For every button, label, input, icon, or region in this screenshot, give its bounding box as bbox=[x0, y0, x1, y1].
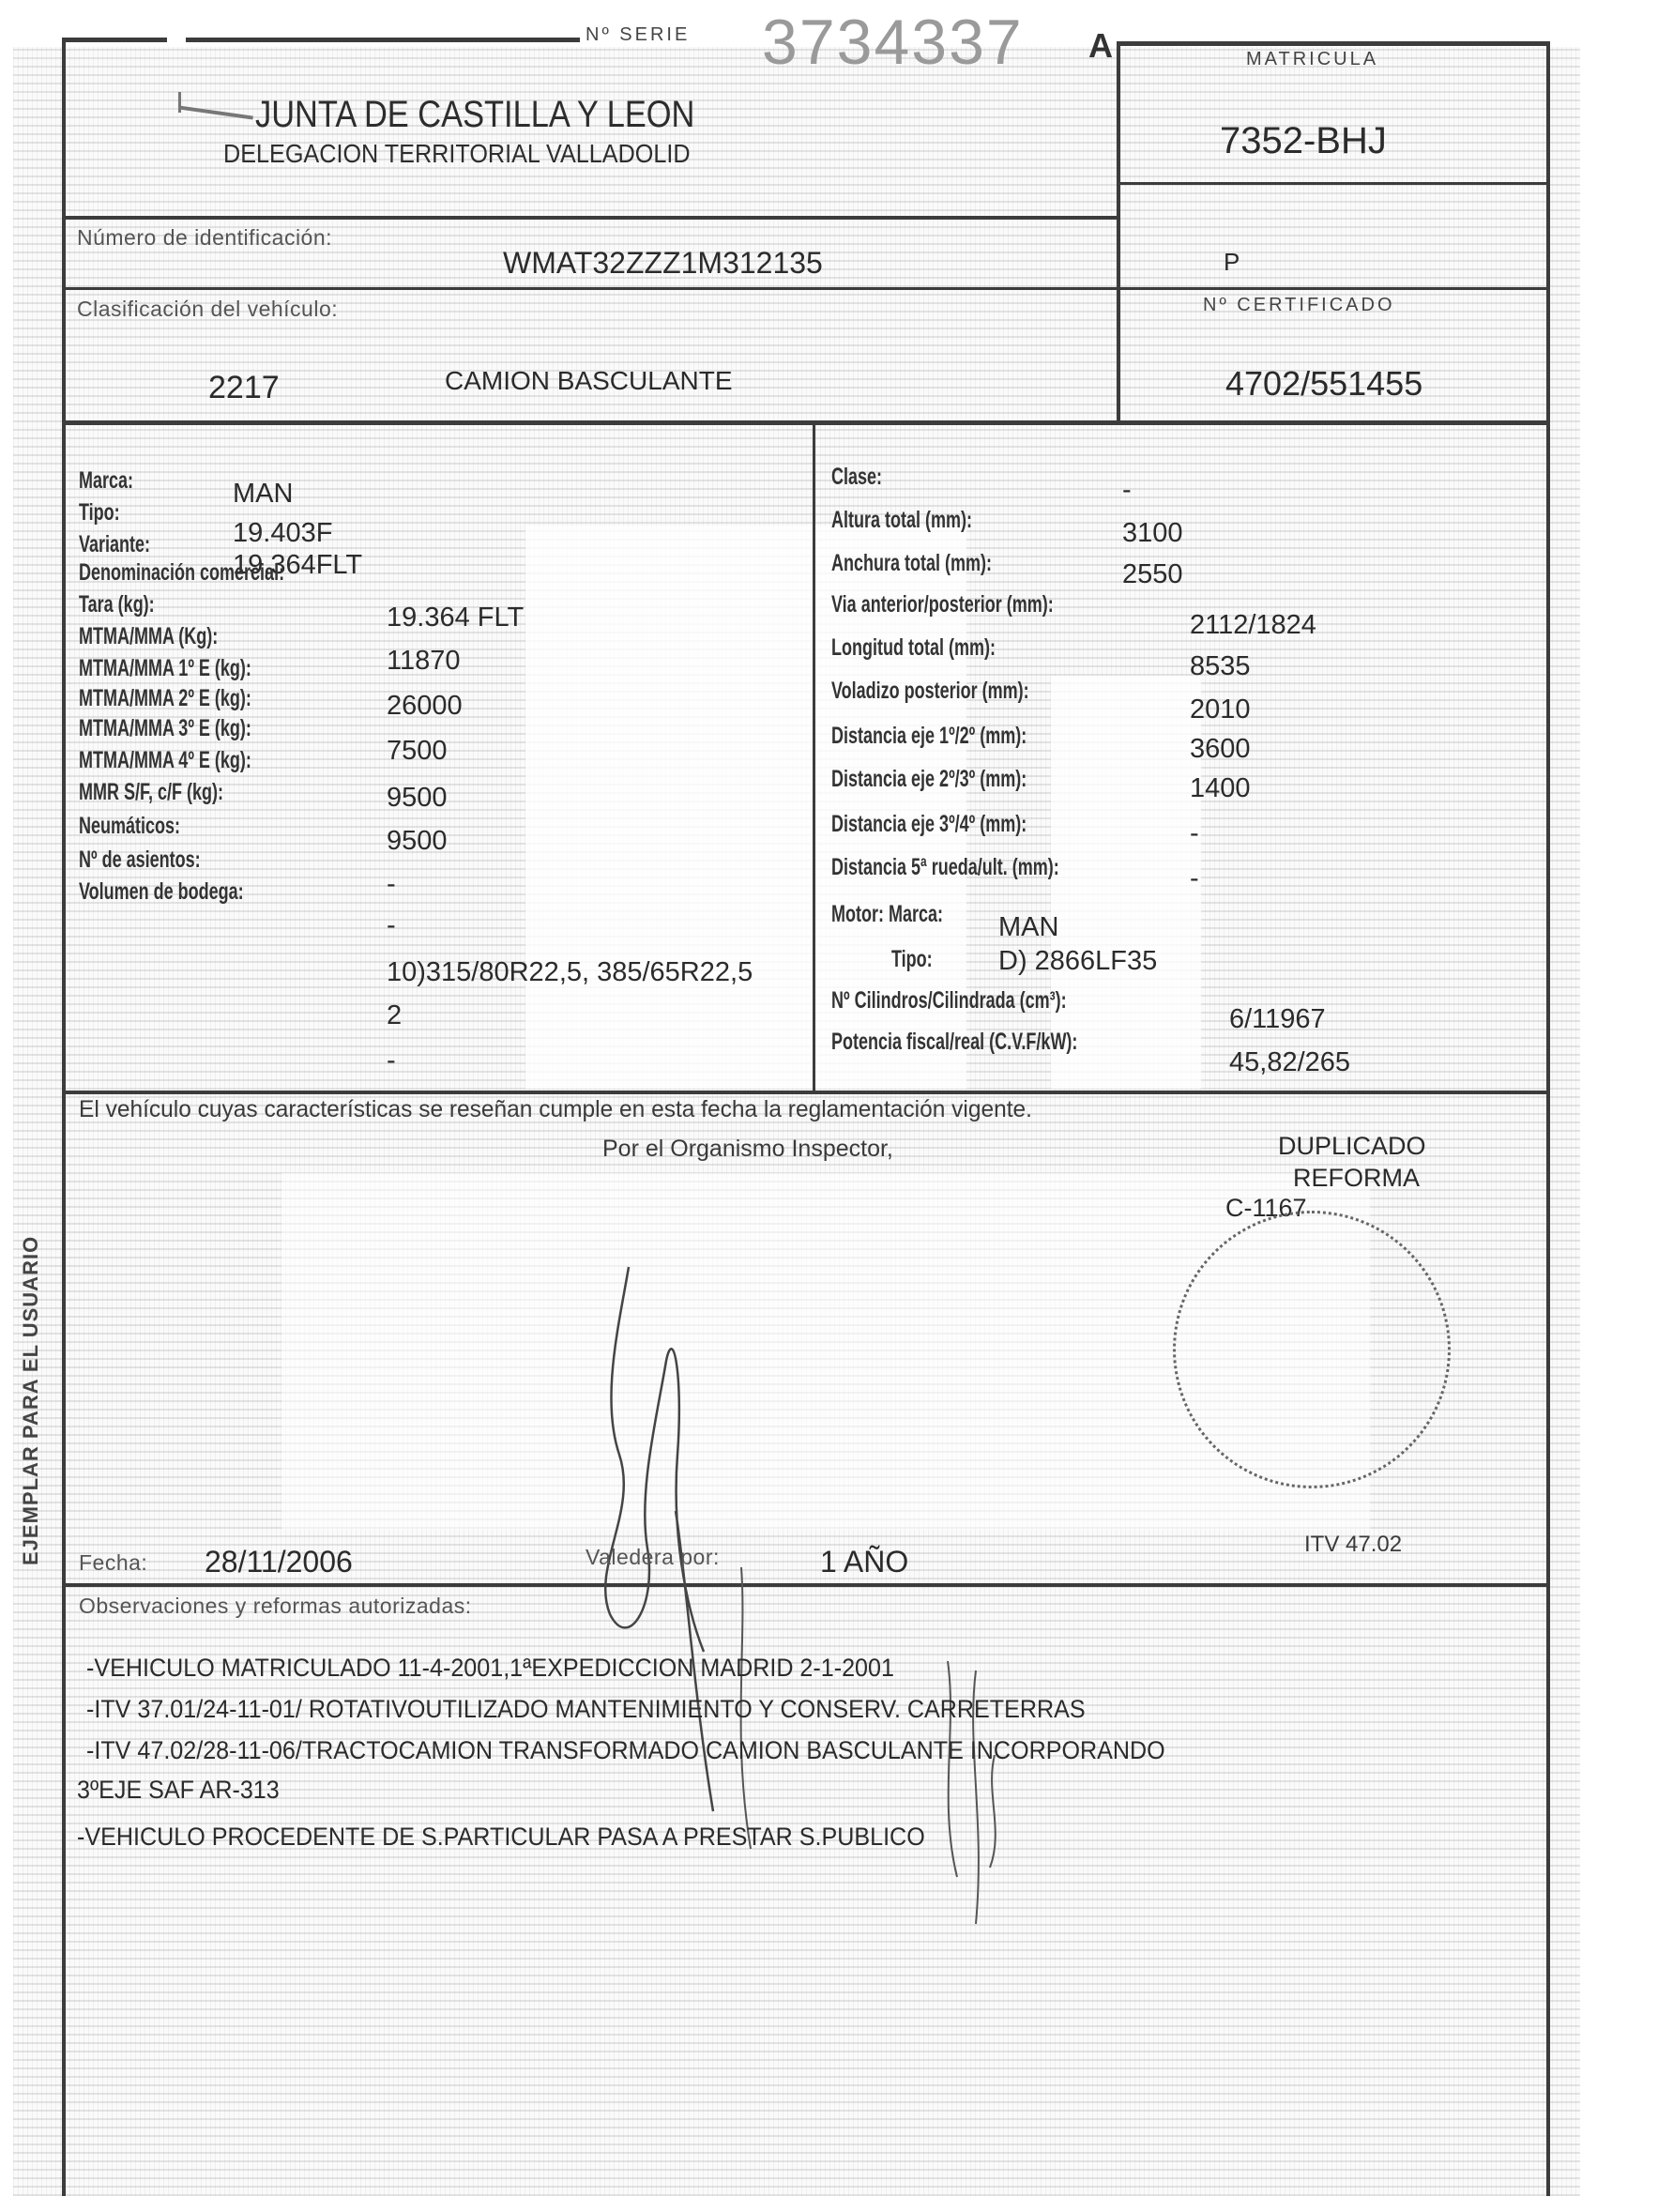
spec-label: Marca: bbox=[79, 467, 133, 495]
spec-value: - bbox=[387, 869, 396, 900]
spec-label: Via anterior/posterior (mm): bbox=[831, 591, 1054, 618]
copy-label-vertical: EJEMPLAR PARA EL USUARIO bbox=[19, 1236, 43, 1565]
observation-line: -ITV 37.01/24-11-01/ ROTATIVOUTILIZADO M… bbox=[86, 1695, 1086, 1724]
spec-label: MTMA/MMA 2º E (kg): bbox=[79, 685, 251, 712]
compliance-statement: El vehículo cuyas características se res… bbox=[79, 1096, 1032, 1123]
spec-label: Volumen de bodega: bbox=[79, 878, 244, 906]
divider-fecha bbox=[62, 1583, 1550, 1587]
spec-value: 9500 bbox=[387, 826, 448, 857]
spec-label: Distancia eje 2º/3º (mm): bbox=[831, 766, 1027, 793]
serie-suffix: A bbox=[1088, 26, 1113, 66]
spec-value: 11870 bbox=[387, 646, 461, 677]
frame-top-left bbox=[62, 38, 167, 42]
spec-value: 19.364 FLT bbox=[387, 603, 524, 633]
spec-value: - bbox=[1122, 475, 1132, 506]
spec-value: 2550 bbox=[1122, 559, 1183, 590]
spec-value: - bbox=[1190, 818, 1199, 849]
observation-line: -VEHICULO PROCEDENTE DE S.PARTICULAR PAS… bbox=[77, 1823, 925, 1852]
spec-label: MTMA/MMA 3º E (kg): bbox=[79, 715, 251, 742]
divider-matricula bbox=[1117, 182, 1550, 185]
spec-label: Denominación comercial: bbox=[79, 559, 284, 587]
spec-value: 7500 bbox=[387, 736, 448, 767]
spec-value: 45,82/265 bbox=[1229, 1047, 1350, 1078]
spec-label: Distancia eje 1º/2º (mm): bbox=[831, 723, 1027, 750]
spec-value: - bbox=[387, 1045, 396, 1076]
divider-specs bbox=[62, 1091, 1550, 1094]
spec-label: Tipo: bbox=[79, 499, 120, 526]
inspector-signature bbox=[563, 1211, 788, 1868]
spec-value: 2 bbox=[387, 1000, 402, 1031]
spec-label: Variante: bbox=[79, 531, 150, 558]
spec-label: Tara (kg): bbox=[79, 591, 155, 618]
spec-label: MTMA/MMA (Kg): bbox=[79, 623, 218, 650]
spec-label: Clase: bbox=[831, 464, 882, 491]
spec-value: D) 2866LF35 bbox=[998, 946, 1157, 977]
frame-left bbox=[62, 38, 66, 2196]
spec-value: 10)315/80R22,5, 385/65R22,5 bbox=[387, 957, 753, 988]
inspector-label: Por el Organismo Inspector, bbox=[602, 1136, 893, 1163]
classification-description: CAMION BASCULANTE bbox=[445, 366, 733, 396]
vin-value: WMAT32ZZZ1M312135 bbox=[503, 246, 823, 281]
spec-label: Nº de asientos: bbox=[79, 847, 201, 874]
frame-top-mid bbox=[186, 38, 580, 42]
validity-label: Valedera por: bbox=[586, 1545, 720, 1570]
identification-label: Número de identificación: bbox=[77, 225, 332, 251]
spec-value: 6/11967 bbox=[1229, 1004, 1326, 1035]
spec-value: 3600 bbox=[1190, 734, 1251, 765]
classification-code: 2217 bbox=[208, 370, 280, 406]
date-value: 28/11/2006 bbox=[205, 1545, 353, 1579]
spec-label: Anchura total (mm): bbox=[831, 550, 992, 577]
matricula-box-top bbox=[1117, 41, 1550, 46]
spec-value: 26000 bbox=[387, 691, 463, 722]
spec-value: 3100 bbox=[1122, 518, 1183, 549]
spec-label: Distancia 5ª rueda/ult. (mm): bbox=[831, 854, 1059, 881]
spec-value: 1400 bbox=[1190, 773, 1251, 804]
spec-label: Tipo: bbox=[891, 946, 933, 973]
spec-label: MTMA/MMA 1º E (kg): bbox=[79, 655, 251, 682]
certificate-value: 4702/551455 bbox=[1225, 364, 1422, 404]
delegation-title: DELEGACION TERRITORIAL VALLADOLID bbox=[223, 139, 691, 169]
spec-label: Distancia eje 3º/4º (mm): bbox=[831, 811, 1027, 838]
divider-specs-middle bbox=[813, 424, 815, 1092]
reform-label: REFORMA bbox=[1293, 1164, 1420, 1193]
spec-label: Nº Cilindros/Cilindrada (cm³): bbox=[831, 987, 1067, 1014]
service-code: P bbox=[1224, 248, 1240, 277]
observation-line: -VEHICULO MATRICULADO 11-4-2001,1ªEXPEDI… bbox=[86, 1654, 894, 1683]
spec-label: Longitud total (mm): bbox=[831, 634, 996, 662]
spec-value: 2112/1824 bbox=[1190, 610, 1316, 641]
spec-label: Motor: Marca: bbox=[831, 901, 943, 928]
spec-value: 8535 bbox=[1190, 651, 1251, 682]
spec-value: - bbox=[387, 910, 396, 941]
spec-label: MTMA/MMA 4º E (kg): bbox=[79, 747, 251, 774]
spec-label: MMR S/F, c/F (kg): bbox=[79, 779, 223, 806]
duplicate-label: DUPLICADO bbox=[1278, 1132, 1426, 1161]
matricula-value: 7352-BHJ bbox=[1220, 120, 1387, 162]
serie-number: 3734337 bbox=[762, 6, 1024, 79]
spec-value: 2010 bbox=[1190, 694, 1251, 725]
second-signature bbox=[920, 1652, 1032, 1933]
spec-value: 9500 bbox=[387, 783, 448, 814]
observations-label: Observaciones y reformas autorizadas: bbox=[79, 1594, 472, 1619]
divider-identification bbox=[62, 287, 1550, 290]
authority-title: JUNTA DE CASTILLA Y LEON bbox=[255, 94, 694, 136]
spec-value: MAN bbox=[998, 912, 1058, 943]
spec-value: - bbox=[1190, 863, 1199, 894]
spec-label: Altura total (mm): bbox=[831, 507, 972, 534]
spec-label: Neumáticos: bbox=[79, 813, 180, 840]
matricula-label: MATRICULA bbox=[1246, 49, 1378, 70]
date-label: Fecha: bbox=[79, 1550, 147, 1576]
official-stamp bbox=[1173, 1211, 1451, 1488]
spec-value: MAN bbox=[233, 479, 293, 510]
divider-title bbox=[62, 216, 1120, 220]
spec-label: Potencia fiscal/real (C.V.F/kW): bbox=[831, 1029, 1077, 1056]
observation-line: -ITV 47.02/28-11-06/TRACTOCAMION TRANSFO… bbox=[86, 1736, 1165, 1765]
spec-value: 19.403F bbox=[233, 518, 332, 549]
certificate-label: Nº CERTIFICADO bbox=[1203, 295, 1395, 316]
frame-right bbox=[1546, 41, 1550, 2196]
validity-value: 1 AÑO bbox=[820, 1545, 908, 1579]
matricula-box-left bbox=[1117, 41, 1120, 424]
classification-label: Clasificación del vehículo: bbox=[77, 297, 338, 322]
washout-area bbox=[1051, 676, 1201, 1089]
serie-label: Nº SERIE bbox=[586, 24, 690, 46]
itv-station: ITV 47.02 bbox=[1304, 1532, 1402, 1558]
divider-classification bbox=[62, 420, 1550, 425]
spec-label: Voladizo posterior (mm): bbox=[831, 678, 1029, 705]
observation-line: 3ºEJE SAF AR-313 bbox=[77, 1776, 280, 1805]
